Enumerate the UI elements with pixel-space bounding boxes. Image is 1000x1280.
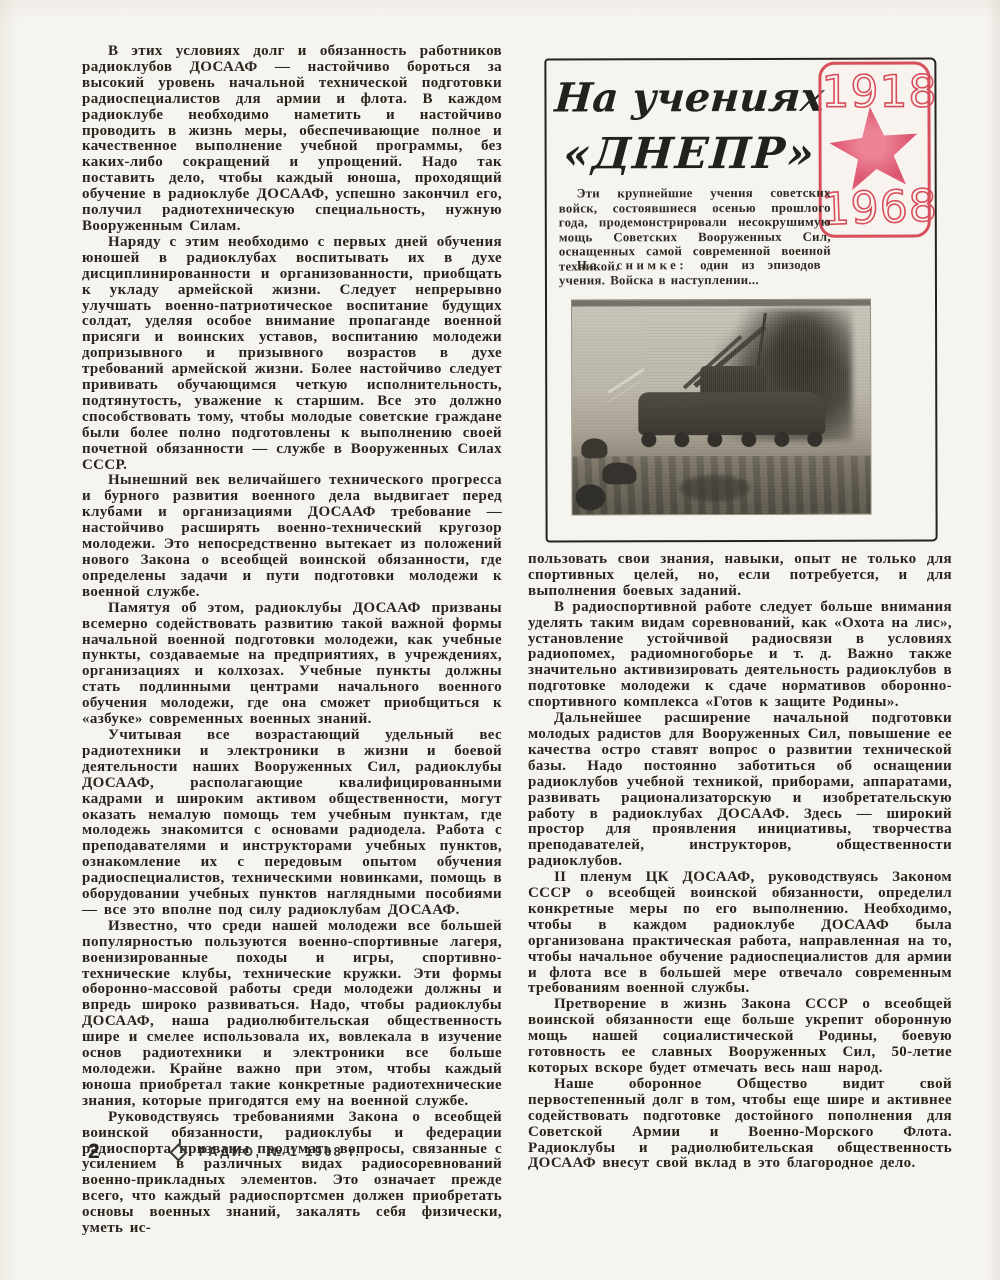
stamp-year-1968: 1968 [821, 185, 929, 233]
feature-headline: На учениях «ДНЕПР» [546, 74, 832, 181]
body-paragraph: Памятуя об этом, радиоклубы ДОСААФ призв… [82, 601, 502, 728]
photo-grain-overlay [572, 300, 871, 515]
body-paragraph: II пленум ЦК ДОСААФ, руководствуясь Зако… [528, 870, 952, 997]
body-paragraph: Руководствуясь требованиями Закона о все… [82, 1110, 502, 1237]
page-footer: 2 РАДИО, № 1 1968 г. [88, 1140, 362, 1164]
caption-label: На снимке: [577, 258, 687, 272]
body-paragraph: В радиоспортивной работе следует больше … [528, 600, 952, 711]
left-column: В этих условиях долг и обязанность работ… [82, 44, 502, 1237]
anniversary-stamp: 1918 1968 [818, 62, 930, 238]
photo-caption: На снимке: один из эпизодов учения. Войс… [559, 258, 821, 288]
body-paragraph: пользовать свои знания, навыки, опыт не … [528, 552, 952, 600]
magazine-page: В этих условиях долг и обязанность работ… [0, 0, 1000, 1280]
body-paragraph: Учитывая все возрастающий удельный вес р… [82, 728, 502, 919]
dnepr-feature-box: На учениях «ДНЕПР» 1918 1968 Эти крупней… [544, 57, 937, 542]
body-paragraph: Известно, что среди нашей молодежи все б… [82, 919, 502, 1110]
page-number: 2 [88, 1140, 100, 1164]
body-paragraph: Дальнейшее расширение начальной подготов… [528, 711, 952, 870]
body-paragraph: В этих условиях долг и обязанность работ… [82, 44, 502, 235]
headline-line1: На учениях [545, 74, 834, 123]
body-paragraph: Наряду с этим необходимо с первых дней о… [82, 235, 502, 474]
right-column: пользовать свои знания, навыки, опыт не … [528, 552, 952, 1172]
headline-line2: «ДНЕПР» [545, 128, 834, 181]
body-paragraph: Наше оборонное Общество видит свой перво… [528, 1077, 952, 1172]
body-paragraph: Нынешний век величайшего технического пр… [82, 473, 502, 600]
body-paragraph: Претворение в жизнь Закона СССР о всеобщ… [528, 997, 952, 1077]
radio-emblem-icon [169, 1143, 187, 1161]
magazine-issue-line: РАДИО, № 1 1968 г. [199, 1145, 362, 1159]
military-exercise-photo [572, 300, 871, 515]
stamp-year-1918: 1918 [821, 71, 927, 115]
